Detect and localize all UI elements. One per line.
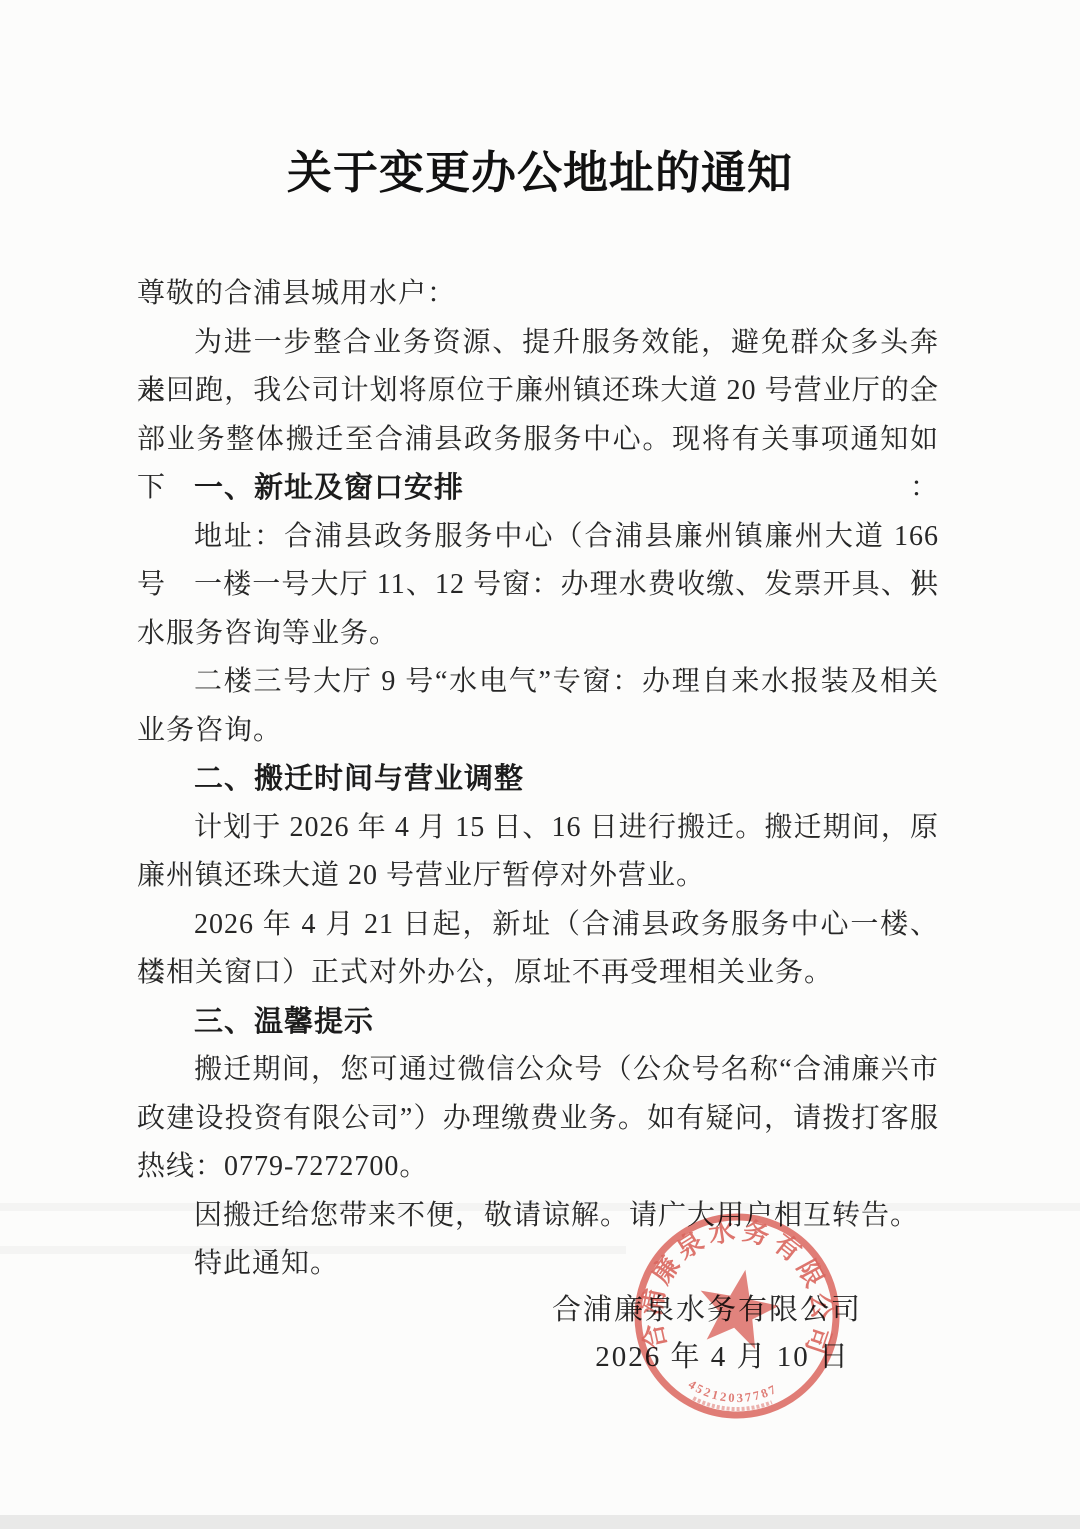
- body-line: 业务咨询。: [137, 707, 939, 756]
- body-line: 水服务咨询等业务。: [137, 610, 939, 659]
- section-heading-2: 二、搬迁时间与营业调整: [137, 755, 939, 804]
- official-seal: 合浦廉泉水务有限公司 45212037787: [621, 1200, 852, 1431]
- body-line: 地址：合浦县政务服务中心（合浦县廉州镇廉州大道 166 号）: [137, 513, 939, 562]
- body-line: 一楼一号大厅 11、12 号窗：办理水费收缴、发票开具、供: [137, 561, 939, 610]
- scan-artifact-bottom-strip: [0, 1515, 1080, 1529]
- section-heading-3: 三、温馨提示: [137, 998, 939, 1047]
- hotline-line: 热线：0779-7272700。: [137, 1143, 939, 1192]
- document-body: 尊敬的合浦县城用水户： 为进一步整合业务资源、提升服务效能，避免群众多头奔走、 …: [137, 270, 939, 1289]
- body-line: 搬迁期间，您可通过微信公众号（公众号名称“合浦廉兴市: [137, 1046, 939, 1095]
- body-line: 为进一步整合业务资源、提升服务效能，避免群众多头奔走、: [137, 319, 939, 368]
- salutation-line: 尊敬的合浦县城用水户：: [137, 270, 939, 319]
- body-line: 计划于 2026 年 4 月 15 日、16 日进行搬迁。搬迁期间，原: [137, 804, 939, 853]
- body-line: 政建设投资有限公司”）办理缴费业务。如有疑问，请拨打客服: [137, 1095, 939, 1144]
- body-line: 廉州镇还珠大道 20 号营业厅暂停对外营业。: [137, 852, 939, 901]
- body-line: 部业务整体搬迁至合浦县政务服务中心。现将有关事项通知如下：: [137, 416, 939, 465]
- body-line: 楼相关窗口）正式对外办公，原址不再受理相关业务。: [137, 949, 939, 998]
- document-title: 关于变更办公地址的通知: [0, 136, 1080, 201]
- document-page: 关于变更办公地址的通知 尊敬的合浦县城用水户： 为进一步整合业务资源、提升服务效…: [0, 0, 1080, 1529]
- body-line: 2026 年 4 月 21 日起，新址（合浦县政务服务中心一楼、二: [137, 901, 939, 950]
- body-line: 二楼三号大厅 9 号“水电气”专窗：办理自来水报装及相关: [137, 658, 939, 707]
- body-line: 来回跑，我公司计划将原位于廉州镇还珠大道 20 号营业厅的全: [137, 367, 939, 416]
- seal-star-icon: [692, 1262, 785, 1352]
